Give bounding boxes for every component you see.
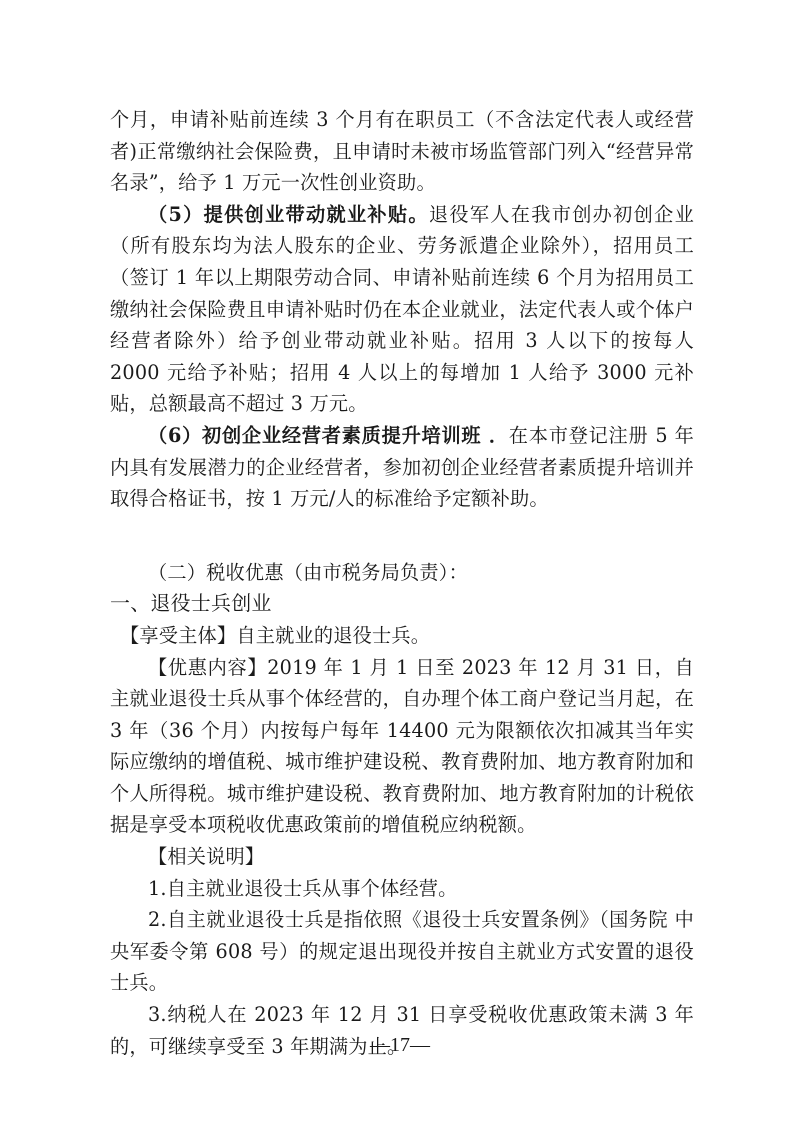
item-5-body: 退役军人在我市创办初创企业（所有股东均为法人股东的企业、劳务派遣企业除外），招用… [110,203,694,416]
benefit-content: 【优惠内容】2019 年 1 月 1 日至 2023 年 12 月 31 日，自… [110,652,694,842]
item-5: （5）提供创业带动就业补贴。退役军人在我市创办初创企业（所有股东均为法人股东的企… [110,199,694,420]
note-1: 1.自主就业退役士兵从事个体经营。 [110,873,694,905]
page-number: —17— [0,1034,800,1057]
section-2-heading: （二）税收优惠（由市税务局负责）： [110,557,694,589]
item-6-title: （6）初创企业经营者素质提升培训班 ． [148,424,509,447]
item-6: （6）初创企业经营者素质提升培训班 ．在本市登记注册 5 年内具有发展潜力的企业… [110,420,694,515]
document-page: 个月，申请补贴前连续 3 个月有在职员工（不含法定代表人或经营者)正常缴纳社会保… [110,104,694,1062]
paragraph-continued: 个月，申请补贴前连续 3 个月有在职员工（不含法定代表人或经营者)正常缴纳社会保… [110,104,694,199]
item-5-title: （5）提供创业带动就业补贴。 [148,203,429,226]
notes-heading: 【相关说明】 [110,841,694,873]
note-2: 2.自主就业退役士兵是指依照《退役士兵安置条例》（国务院 中央军委令第 608 … [110,904,694,999]
subsection-1-heading: 一、退役士兵创业 [110,588,694,620]
spacer [110,515,694,557]
beneficiary: 【享受主体】自主就业的退役士兵。 [110,620,694,652]
